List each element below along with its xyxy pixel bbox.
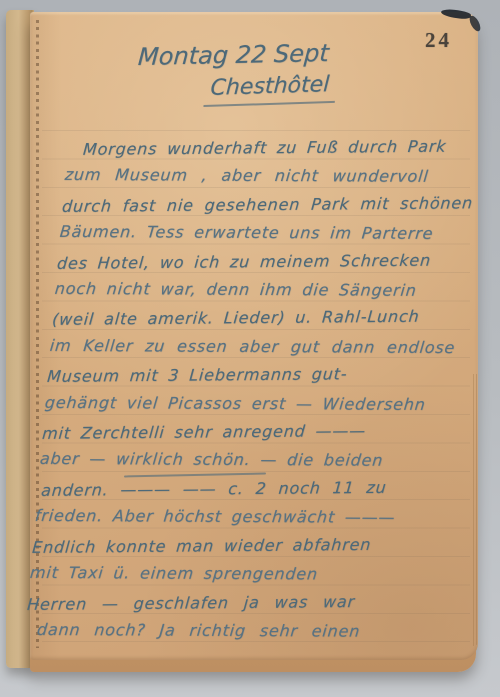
handwritten-line: Morgens wunderhaft zu Fuß durch Park: [82, 132, 497, 164]
handwritten-line: Endlich konnte man wieder abfahren: [31, 530, 462, 562]
handwritten-line: dann noch? Ja richtig sehr einen: [36, 616, 454, 647]
ink-smudge: [467, 14, 482, 33]
entry-header: Montag 22 Sept Chesthôtel: [27, 38, 481, 105]
handwritten-line: Bäumen. Tess erwartete uns im Parterre: [58, 218, 488, 249]
entry-title: Chesthôtel: [203, 70, 336, 107]
handwritten-line: mit Zerchtelli sehr anregend ———: [41, 416, 472, 448]
handwritten-line: mit Taxi ü. einem sprengenden: [29, 559, 459, 590]
handwritten-line: zum Museum , aber nicht wundervoll: [63, 161, 493, 192]
photo-background: 24 Montag 22 Sept Chesthôtel Morgens wun…: [0, 0, 500, 697]
handwritten-line: durch fast nie gesehenen Park mit schöne…: [61, 189, 492, 221]
handwritten-line: noch nicht war, denn ihm die Sängerin: [53, 275, 483, 306]
handwritten-line: (weil alte amerik. Lieder) u. Rahl-Lunch: [51, 303, 482, 335]
stacked-page-edges: [473, 374, 479, 646]
entry-date: Montag 22 Sept: [30, 34, 437, 76]
handwritten-line: Museum mit 3 Liebermanns gut-: [46, 359, 477, 391]
ink-smudge: [441, 8, 472, 21]
handwritten-line: gehängt viel Picassos erst — Wiedersehn: [44, 389, 474, 420]
handwritten-line: im Keller zu essen aber gut dann endlose: [49, 332, 479, 363]
handwritten-line: andern. ——— —— c. 2 noch 11 zu: [40, 473, 467, 505]
handwritten-line: frieden. Aber höchst geschwächt ———: [34, 502, 464, 533]
handwritten-line: aber — wirklich schön. — die beiden: [39, 445, 469, 476]
notebook-page: 24 Montag 22 Sept Chesthôtel Morgens wun…: [30, 12, 478, 660]
handwriting-body: Morgens wunderhaft zu Fuß durch Parkzum …: [24, 134, 497, 645]
handwritten-line: des Hotel, wo ich zu meinem Schrecken: [56, 246, 487, 278]
handwritten-line: Herren — geschlafen ja was war: [26, 587, 457, 619]
